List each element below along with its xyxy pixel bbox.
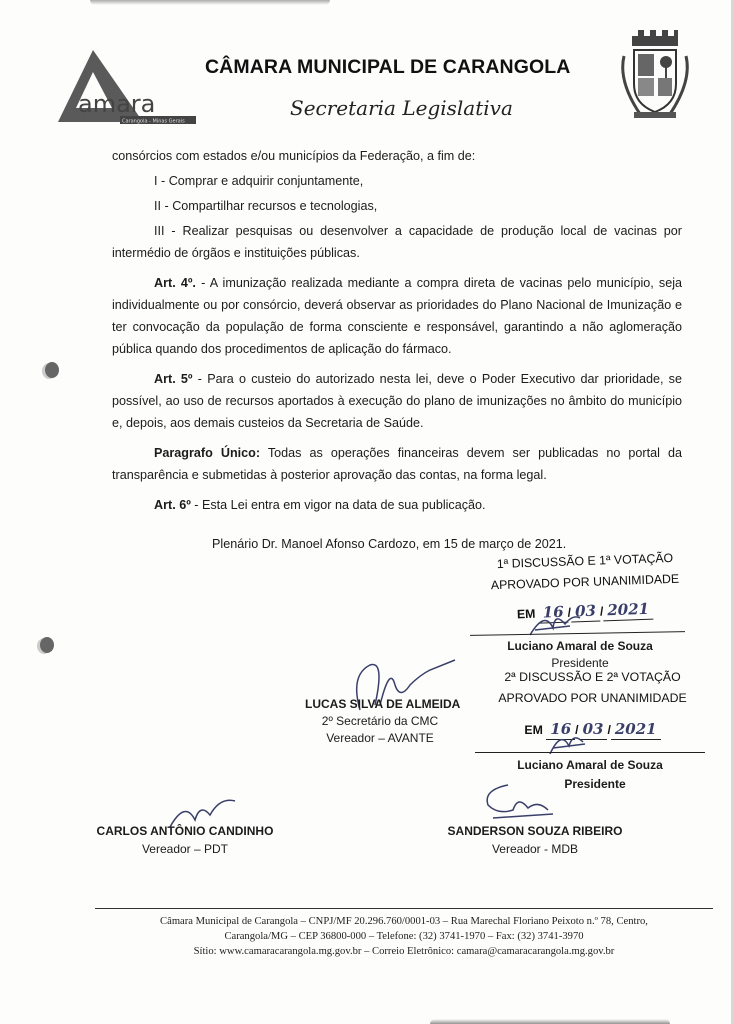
footer-line-1: Câmara Municipal de Carangola – CNPJ/MF … (95, 914, 713, 929)
camara-logo: amara Carangola - Minas Gerais (48, 50, 198, 130)
svg-text:Carangola - Minas Gerais: Carangola - Minas Gerais (122, 119, 185, 125)
footer-divider (95, 908, 713, 909)
department-subtitle: Secretaria Legislativa (290, 96, 513, 120)
document-body: consórcios com estados e/ou municípios d… (112, 145, 682, 516)
article-6-label: Art. 6º (154, 498, 191, 512)
president-signature-second (545, 728, 595, 758)
signatory-role-sanderson: Vereador - MDB (445, 842, 625, 856)
vote-year-first: 2021 (603, 600, 653, 622)
svg-text:amara: amara (78, 90, 155, 118)
scan-shadow-top (90, 0, 330, 5)
footer-line-2: Carangola/MG – CEP 36800-000 – Telefone:… (95, 929, 713, 944)
vote-heading-second: 2ª DISCUSSÃO E 2ª VOTAÇÃO (470, 668, 715, 687)
president-signature-first (525, 610, 585, 640)
article-5-text: - Para o custeio do autorizado nesta lei… (112, 372, 682, 430)
footer-line-3: Sítio: www.camaracarangola.mg.gov.br – C… (95, 944, 713, 959)
article-4-text: - A imunização realizada mediante a comp… (112, 276, 682, 356)
article-5: Art. 5º - Para o custeio do autorizado n… (112, 368, 682, 434)
vote-result-second: APROVADO POR UNANIMIDADE (470, 689, 715, 708)
item-iii: III - Realizar pesquisas ou desenvolver … (112, 220, 682, 264)
signatory-role-lucas-1: 2º Secretário da CMC (305, 714, 455, 728)
item-i: I - Comprar e adquirir conjuntamente, (112, 170, 682, 192)
article-6: Art. 6º - Esta Lei entra em vigor na dat… (112, 494, 682, 516)
sole-paragraph: Paragrafo Único: Todas as operações fina… (112, 442, 682, 486)
intro-paragraph: consórcios com estados e/ou municípios d… (112, 145, 682, 167)
closing-date-line: Plenário Dr. Manoel Afonso Cardozo, em 1… (212, 537, 566, 551)
signature-line-second (475, 752, 705, 753)
sanderson-signature (478, 780, 568, 825)
institution-title: CÂMARA MUNICIPAL DE CARANGOLA (205, 56, 570, 79)
signatory-role-lucas-2: Vereador – AVANTE (305, 731, 455, 745)
signatory-role-carlos: Vereador – PDT (95, 842, 275, 856)
article-4: Art. 4º. - A imunização realizada median… (112, 272, 682, 360)
vote-year-second: 2021 (611, 720, 661, 740)
article-4-label: Art. 4º. (154, 276, 196, 290)
article-6-text: - Esta Lei entra em vigor na data de sua… (191, 498, 486, 512)
vote-signer-second: Luciano Amaral de Souza (495, 758, 685, 772)
punch-hole-bottom (40, 637, 54, 653)
vote-stamp-first: 1ª DISCUSSÃO E 1ª VOTAÇÃO APROVADO POR U… (460, 552, 710, 622)
article-5-label: Art. 5º (154, 372, 193, 386)
signatory-name-sanderson: SANDERSON SOUZA RIBEIRO (445, 824, 625, 838)
item-ii: II - Compartilhar recursos e tecnologias… (112, 195, 682, 217)
scan-shadow-bottom (430, 1019, 670, 1024)
punch-hole-top (45, 362, 59, 378)
municipal-coat-of-arms (610, 26, 700, 126)
vote-signer-first: Luciano Amaral de Souza (490, 639, 670, 653)
signatory-name-lucas: LUCAS SILVA DE ALMEIDA (305, 697, 455, 711)
footer-contact: Câmara Municipal de Carangola – CNPJ/MF … (95, 914, 713, 959)
signatory-name-carlos: CARLOS ANTÔNIO CANDINHO (95, 824, 275, 838)
vote-date-first: EM 16/03/2021 (460, 598, 711, 627)
sole-paragraph-label: Paragrafo Único: (154, 446, 260, 460)
